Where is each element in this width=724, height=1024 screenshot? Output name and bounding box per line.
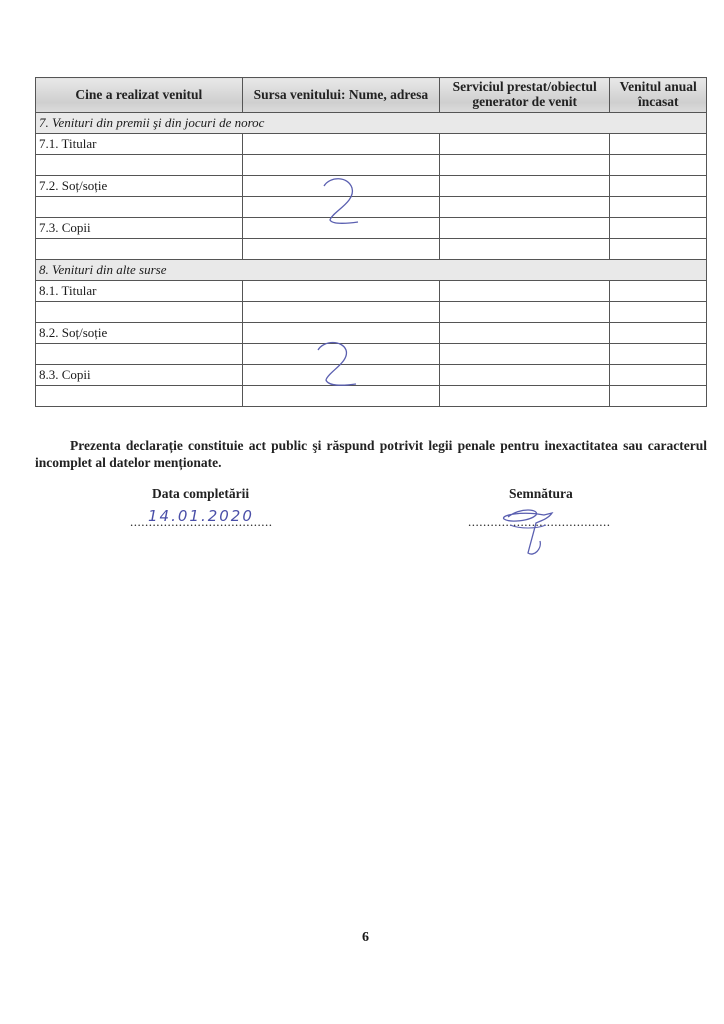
empty-cell bbox=[610, 176, 707, 197]
table-row bbox=[36, 344, 707, 365]
row-label bbox=[36, 239, 243, 260]
empty-cell bbox=[242, 155, 439, 176]
empty-cell bbox=[242, 239, 439, 260]
table-row bbox=[36, 197, 707, 218]
row-label bbox=[36, 155, 243, 176]
row-label: 8.3. Copii bbox=[36, 365, 243, 386]
declaration-text: Prezenta declarație constituie act publi… bbox=[35, 437, 707, 471]
signature-label: Semnătura bbox=[509, 486, 573, 502]
empty-cell bbox=[440, 386, 610, 407]
empty-cell bbox=[440, 239, 610, 260]
header-source: Sursa venitului: Nume, adresa bbox=[242, 78, 439, 113]
table-row bbox=[36, 155, 707, 176]
signature-icon bbox=[500, 505, 570, 565]
empty-cell bbox=[440, 134, 610, 155]
row-label bbox=[36, 386, 243, 407]
empty-cell bbox=[242, 302, 439, 323]
page-number: 6 bbox=[362, 930, 369, 946]
row-label bbox=[36, 344, 243, 365]
empty-cell bbox=[610, 323, 707, 344]
empty-cell bbox=[440, 197, 610, 218]
empty-cell bbox=[440, 302, 610, 323]
row-label bbox=[36, 302, 243, 323]
section-row: 8. Venituri din alte surse bbox=[36, 260, 707, 281]
date-label: Data completării bbox=[152, 486, 249, 502]
table-row bbox=[36, 239, 707, 260]
row-label bbox=[36, 197, 243, 218]
empty-cell bbox=[610, 155, 707, 176]
empty-cell bbox=[610, 239, 707, 260]
section-row: 7. Venituri din premii şi din jocuri de … bbox=[36, 113, 707, 134]
table-row: 8.3. Copii bbox=[36, 365, 707, 386]
empty-cell bbox=[440, 155, 610, 176]
table-row bbox=[36, 302, 707, 323]
empty-cell bbox=[610, 134, 707, 155]
row-label: 7.3. Copii bbox=[36, 218, 243, 239]
header-service: Serviciul prestat/obiectul generator de … bbox=[440, 78, 610, 113]
handwritten-mark-section-7 bbox=[318, 176, 368, 228]
table-row: 7.1. Titular bbox=[36, 134, 707, 155]
table-header-row: Cine a realizat venitul Sursa venitului:… bbox=[36, 78, 707, 113]
empty-cell bbox=[440, 176, 610, 197]
empty-cell bbox=[610, 197, 707, 218]
empty-cell bbox=[610, 365, 707, 386]
empty-cell bbox=[610, 386, 707, 407]
row-label: 8.2. Soț/soție bbox=[36, 323, 243, 344]
row-label: 7.2. Soț/soție bbox=[36, 176, 243, 197]
empty-cell bbox=[440, 218, 610, 239]
income-table: Cine a realizat venitul Sursa venitului:… bbox=[35, 77, 707, 407]
section-title: 7. Venituri din premii şi din jocuri de … bbox=[36, 113, 707, 134]
header-annual-income: Venitul anual încasat bbox=[610, 78, 707, 113]
table-row bbox=[36, 386, 707, 407]
empty-cell bbox=[242, 281, 439, 302]
empty-cell bbox=[440, 281, 610, 302]
section-title: 8. Venituri din alte surse bbox=[36, 260, 707, 281]
empty-cell bbox=[610, 302, 707, 323]
empty-cell bbox=[440, 344, 610, 365]
table-row: 7.3. Copii bbox=[36, 218, 707, 239]
empty-cell bbox=[610, 344, 707, 365]
table-row: 8.1. Titular bbox=[36, 281, 707, 302]
header-who: Cine a realizat venitul bbox=[36, 78, 243, 113]
empty-cell bbox=[610, 218, 707, 239]
empty-cell bbox=[440, 365, 610, 386]
empty-cell bbox=[610, 281, 707, 302]
empty-cell bbox=[242, 134, 439, 155]
row-label: 7.1. Titular bbox=[36, 134, 243, 155]
handwritten-mark-section-8 bbox=[314, 338, 364, 390]
declaration-body: Prezenta declarație constituie act publi… bbox=[35, 438, 707, 470]
empty-cell bbox=[440, 323, 610, 344]
row-label: 8.1. Titular bbox=[36, 281, 243, 302]
table-row: 8.2. Soț/soție bbox=[36, 323, 707, 344]
date-value: 14.01.2020 bbox=[148, 507, 254, 525]
table-row: 7.2. Soț/soție bbox=[36, 176, 707, 197]
